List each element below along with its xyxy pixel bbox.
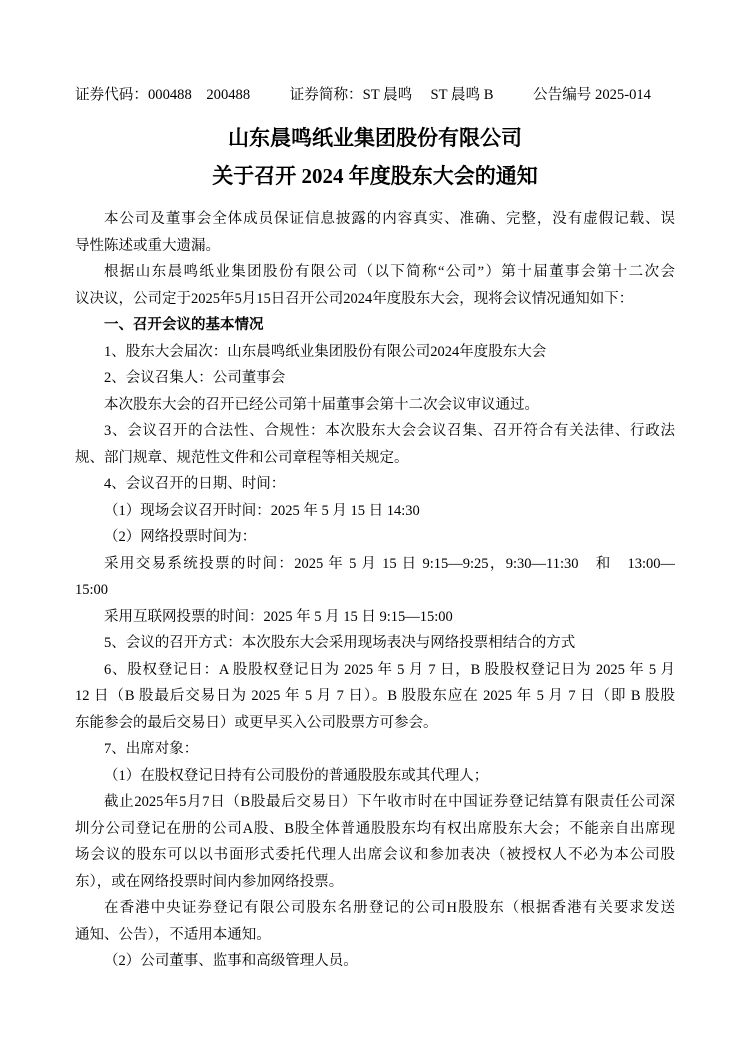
body-line: 议决议，公司定于2025年5月15日召开公司2024年度股东大会，现将会议情况通…	[75, 286, 675, 313]
notice-title: 关于召开 2024 年度股东大会的通知	[0, 161, 750, 191]
body-line: 15:00	[75, 577, 675, 604]
body-line: 通知、公告），不适用本通知。	[75, 922, 675, 949]
body-line: 截止2025年5月7日（B股最后交易日）下午收市时在中国证券登记结算有限责任公司…	[75, 789, 675, 816]
document-page: 证券代码：000488 200488 证券简称：ST 晨鸣 ST 晨鸣 B 公告…	[0, 0, 750, 1060]
stock-code-label: 证券代码：000488 200488	[75, 85, 250, 105]
body-line: 导性陈述或重大遗漏。	[75, 233, 675, 260]
body-line: 东），或在网络投票时间内参加网络投票。	[75, 869, 675, 896]
announcement-number: 公告编号 2025-014	[533, 85, 651, 105]
body-line: 圳分公司登记在册的公司A股、B股全体普通股股东均有权出席股东大会；不能亲自出席现	[75, 816, 675, 843]
document-header: 证券代码：000488 200488 证券简称：ST 晨鸣 ST 晨鸣 B 公告…	[75, 85, 651, 105]
body-line: 规、部门规章、规范性文件和公司章程等相关规定。	[75, 445, 675, 472]
body-line: 3、会议召开的合法性、合规性：本次股东大会会议召集、召开符合有关法律、行政法	[75, 418, 675, 445]
body-line: 本公司及董事会全体成员保证信息披露的内容真实、准确、完整，没有虚假记载、误	[75, 206, 675, 233]
company-name-title: 山东晨鸣纸业集团股份有限公司	[0, 123, 750, 153]
body-line: （2）公司董事、监事和高级管理人员。	[75, 948, 675, 975]
body-line: 12 日（B 股最后交易日为 2025 年 5 月 7 日）。B 股股东应在 2…	[75, 683, 675, 710]
stock-abbr-label: 证券简称：ST 晨鸣 ST 晨鸣 B	[290, 85, 494, 105]
body-line: 场会议的股东可以以书面形式委托代理人出席会议和参加表决（被授权人不必为本公司股	[75, 842, 675, 869]
body-line: 在香港中央证券登记有限公司股东名册登记的公司H股股东（根据香港有关要求发送	[75, 895, 675, 922]
body-line: 4、会议召开的日期、时间：	[75, 471, 675, 498]
body-line: 6、股权登记日：A 股股权登记日为 2025 年 5 月 7 日，B 股股权登记…	[75, 657, 675, 684]
body-line: （2）网络投票时间为：	[75, 524, 675, 551]
body-line: 7、出席对象：	[75, 736, 675, 763]
body-line: 本次股东大会的召开已经公司第十届董事会第十二次会议审议通过。	[75, 392, 675, 419]
document-body: 本公司及董事会全体成员保证信息披露的内容真实、准确、完整，没有虚假记载、误导性陈…	[75, 206, 675, 975]
body-line: 5、会议的召开方式：本次股东大会采用现场表决与网络投票相结合的方式	[75, 630, 675, 657]
body-line: 东能参会的最后交易日）或更早买入公司股票方可参会。	[75, 710, 675, 737]
body-line: （1）在股权登记日持有公司股份的普通股股东或其代理人；	[75, 763, 675, 790]
body-line: 采用交易系统投票的时间：2025 年 5 月 15 日 9:15—9:25，9:…	[75, 551, 675, 578]
body-line: 1、股东大会届次：山东晨鸣纸业集团股份有限公司2024年度股东大会	[75, 339, 675, 366]
body-line: 采用互联网投票的时间：2025 年 5 月 15 日 9:15—15:00	[75, 604, 675, 631]
body-line: （1）现场会议召开时间：2025 年 5 月 15 日 14:30	[75, 498, 675, 525]
body-line: 2、会议召集人：公司董事会	[75, 365, 675, 392]
body-line: 一、召开会议的基本情况	[75, 312, 675, 339]
body-line: 根据山东晨鸣纸业集团股份有限公司（以下简称“公司”）第十届董事会第十二次会	[75, 259, 675, 286]
